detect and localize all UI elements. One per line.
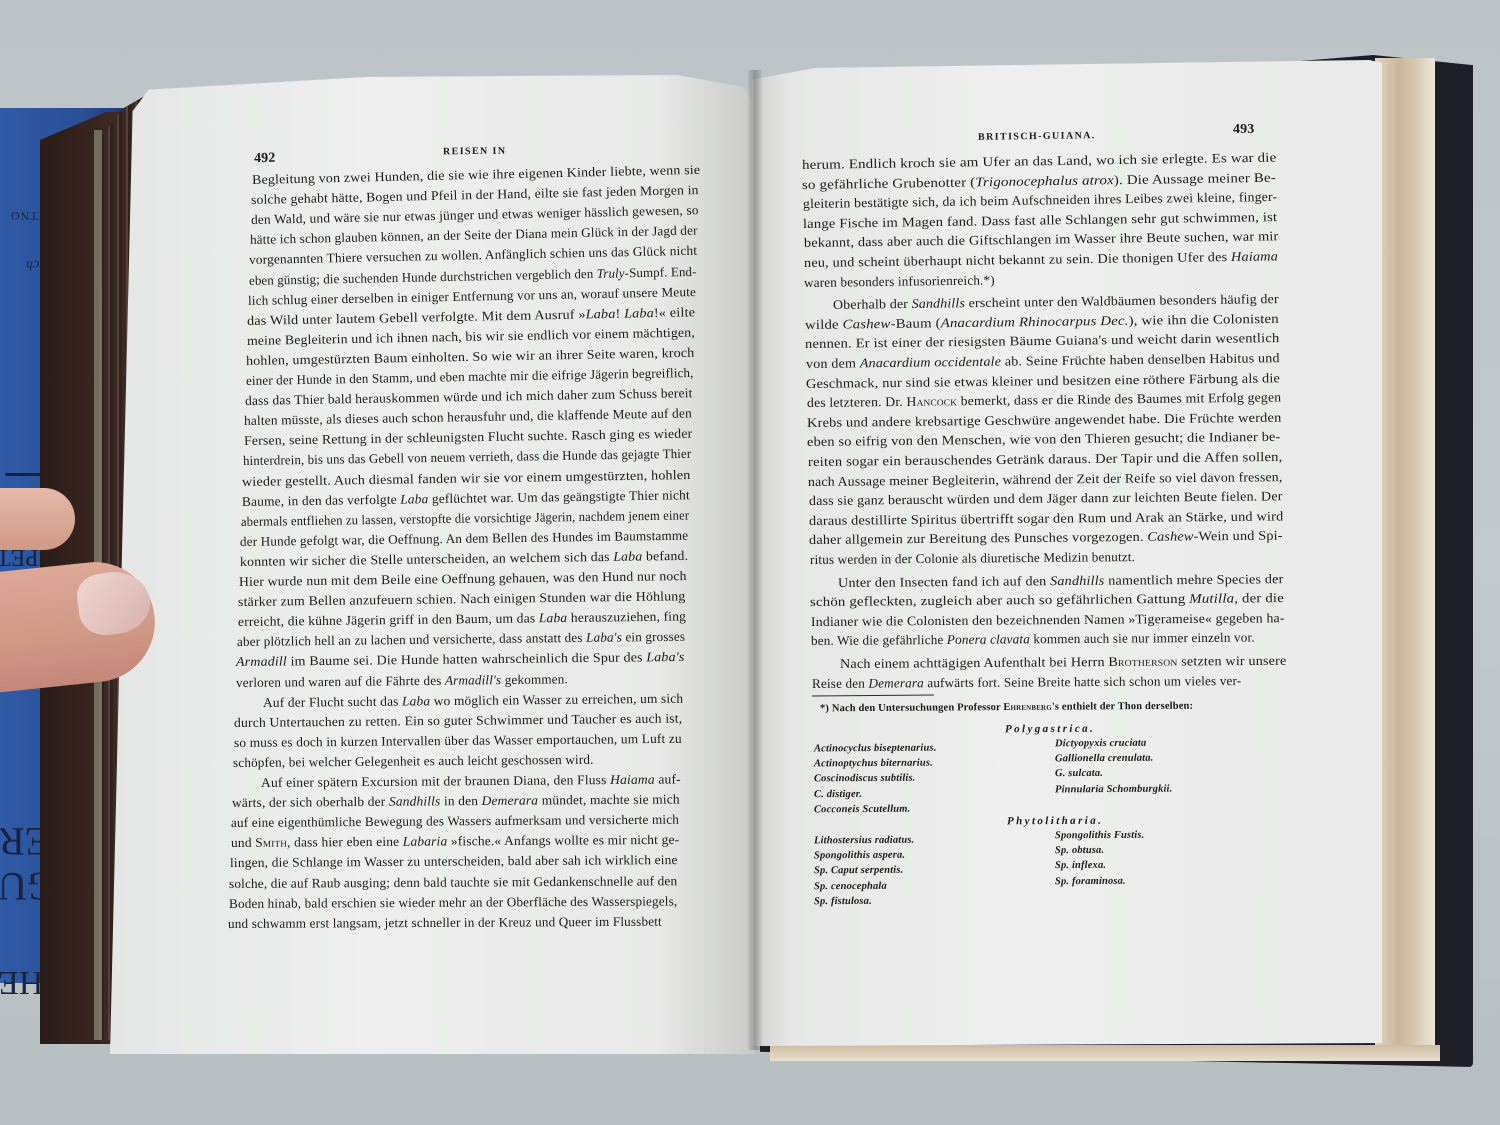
text-line: reiten sogar ein berauschendes Getränk d… <box>808 449 1283 470</box>
footnote-line: Coscinodiscus subtilis. <box>814 773 916 785</box>
text-line: ben. Wie die gefährliche Ponera clavata … <box>811 630 1255 649</box>
text-line: von dem Anacardium occidentale ab. Seine… <box>806 350 1280 372</box>
right-page-text: BRITISCH-GUIANA. 493 herum. Endlich kroc… <box>0 0 1500 1125</box>
footnote-line: G. sulcata. <box>1055 768 1103 779</box>
text-line: Indianer wie die Colonisten den bezeichn… <box>811 610 1285 630</box>
text-line: nach Aussage meiner Begleiterin, während… <box>808 469 1283 490</box>
text-line: wilde Cashew-Baum (Anacardium Rhinocarpu… <box>805 311 1279 333</box>
footnote-line: Actinocyclus biseptenarius. <box>814 743 937 755</box>
text-line: schön gefleckten, zugleich aber auch so … <box>810 590 1284 610</box>
footnote-line: Sp. Caput serpentis. <box>814 865 903 877</box>
text-line: Geschmack, nur sind sie etwas kleiner un… <box>806 370 1280 392</box>
text-line: Oberhalb der Sandhills erscheint unter d… <box>833 291 1279 313</box>
running-head: BRITISCH-GUIANA. <box>978 130 1096 143</box>
page-number: 493 <box>1233 122 1254 138</box>
footnote-line: Sp. fistulosa. <box>814 896 872 907</box>
text-line: waren besonders infusorienreich.*) <box>804 272 995 291</box>
text-line: gleiterin bestätigte sich, da ich beim A… <box>803 189 1277 212</box>
text-line: bekannt, dass aber auch die Giftschlange… <box>803 229 1278 252</box>
text-line: eben so eifrig von den Menschen, wie von… <box>807 429 1281 450</box>
footnote-line: Sp. foraminosa. <box>1055 875 1126 886</box>
footnote-line: Polygastrica. <box>1005 723 1095 736</box>
footnote-line: C. distiger. <box>814 788 862 799</box>
footnote-line: Phytolitharia. <box>1007 815 1103 828</box>
footnote-line: Actinoptychus biternarius. <box>814 758 933 770</box>
text-line: dass sie ganz berauscht würden und dem J… <box>808 488 1282 509</box>
text-line: daraus destillirte Spiritus übertrifft s… <box>809 508 1284 529</box>
text-line: daher allgemein zur Bereitung des Punsch… <box>809 528 1283 548</box>
footnote-line: Gallionella crenulata. <box>1055 753 1153 765</box>
text-line: Nach einem achttägigen Aufenthalt bei He… <box>840 653 1287 672</box>
text-line: neu, und scheint überhaupt nicht bekannt… <box>804 248 1278 271</box>
text-line: des letzteren. Dr. Hancock bemerkt, dass… <box>807 390 1281 412</box>
text-line: Unter den Insecten fand ich auf den Sand… <box>838 571 1284 591</box>
footnote-line: Sp. obtusa. <box>1055 845 1104 856</box>
footnote-line: Spongolithis aspera. <box>814 850 905 862</box>
text-line: Reise den Demerara aufwärts fort. Seine … <box>812 673 1241 692</box>
hand-finger <box>0 488 75 550</box>
text-line: nennen. Er ist einer der riesigsten Bäum… <box>805 330 1280 352</box>
footnote-rule <box>812 694 934 696</box>
footnote-line: Dictyopyxis cruciata <box>1055 738 1146 750</box>
text-line: herum. Endlich kroch sie am Ufer an das … <box>802 150 1277 173</box>
footnote-line: Lithostersius radiatus. <box>814 835 914 847</box>
text-line: Krebs und andere krebsartige Geschwüre a… <box>807 409 1282 430</box>
footnote-line: Sp. cenocephala <box>814 880 887 892</box>
footnote-line: Sp. inflexa. <box>1055 860 1106 871</box>
footnote-line: Pinnularia Schomburgkii. <box>1055 783 1172 795</box>
text-line: ritus werden in der Colonie als diuretis… <box>810 549 1135 568</box>
footnote-line: Spongolithis Fustis. <box>1055 830 1144 842</box>
footnote-line: Cocconeis Scutellum. <box>814 803 910 815</box>
footnote-line: *) Nach den Untersuchungen Professor Ehr… <box>820 701 1193 715</box>
